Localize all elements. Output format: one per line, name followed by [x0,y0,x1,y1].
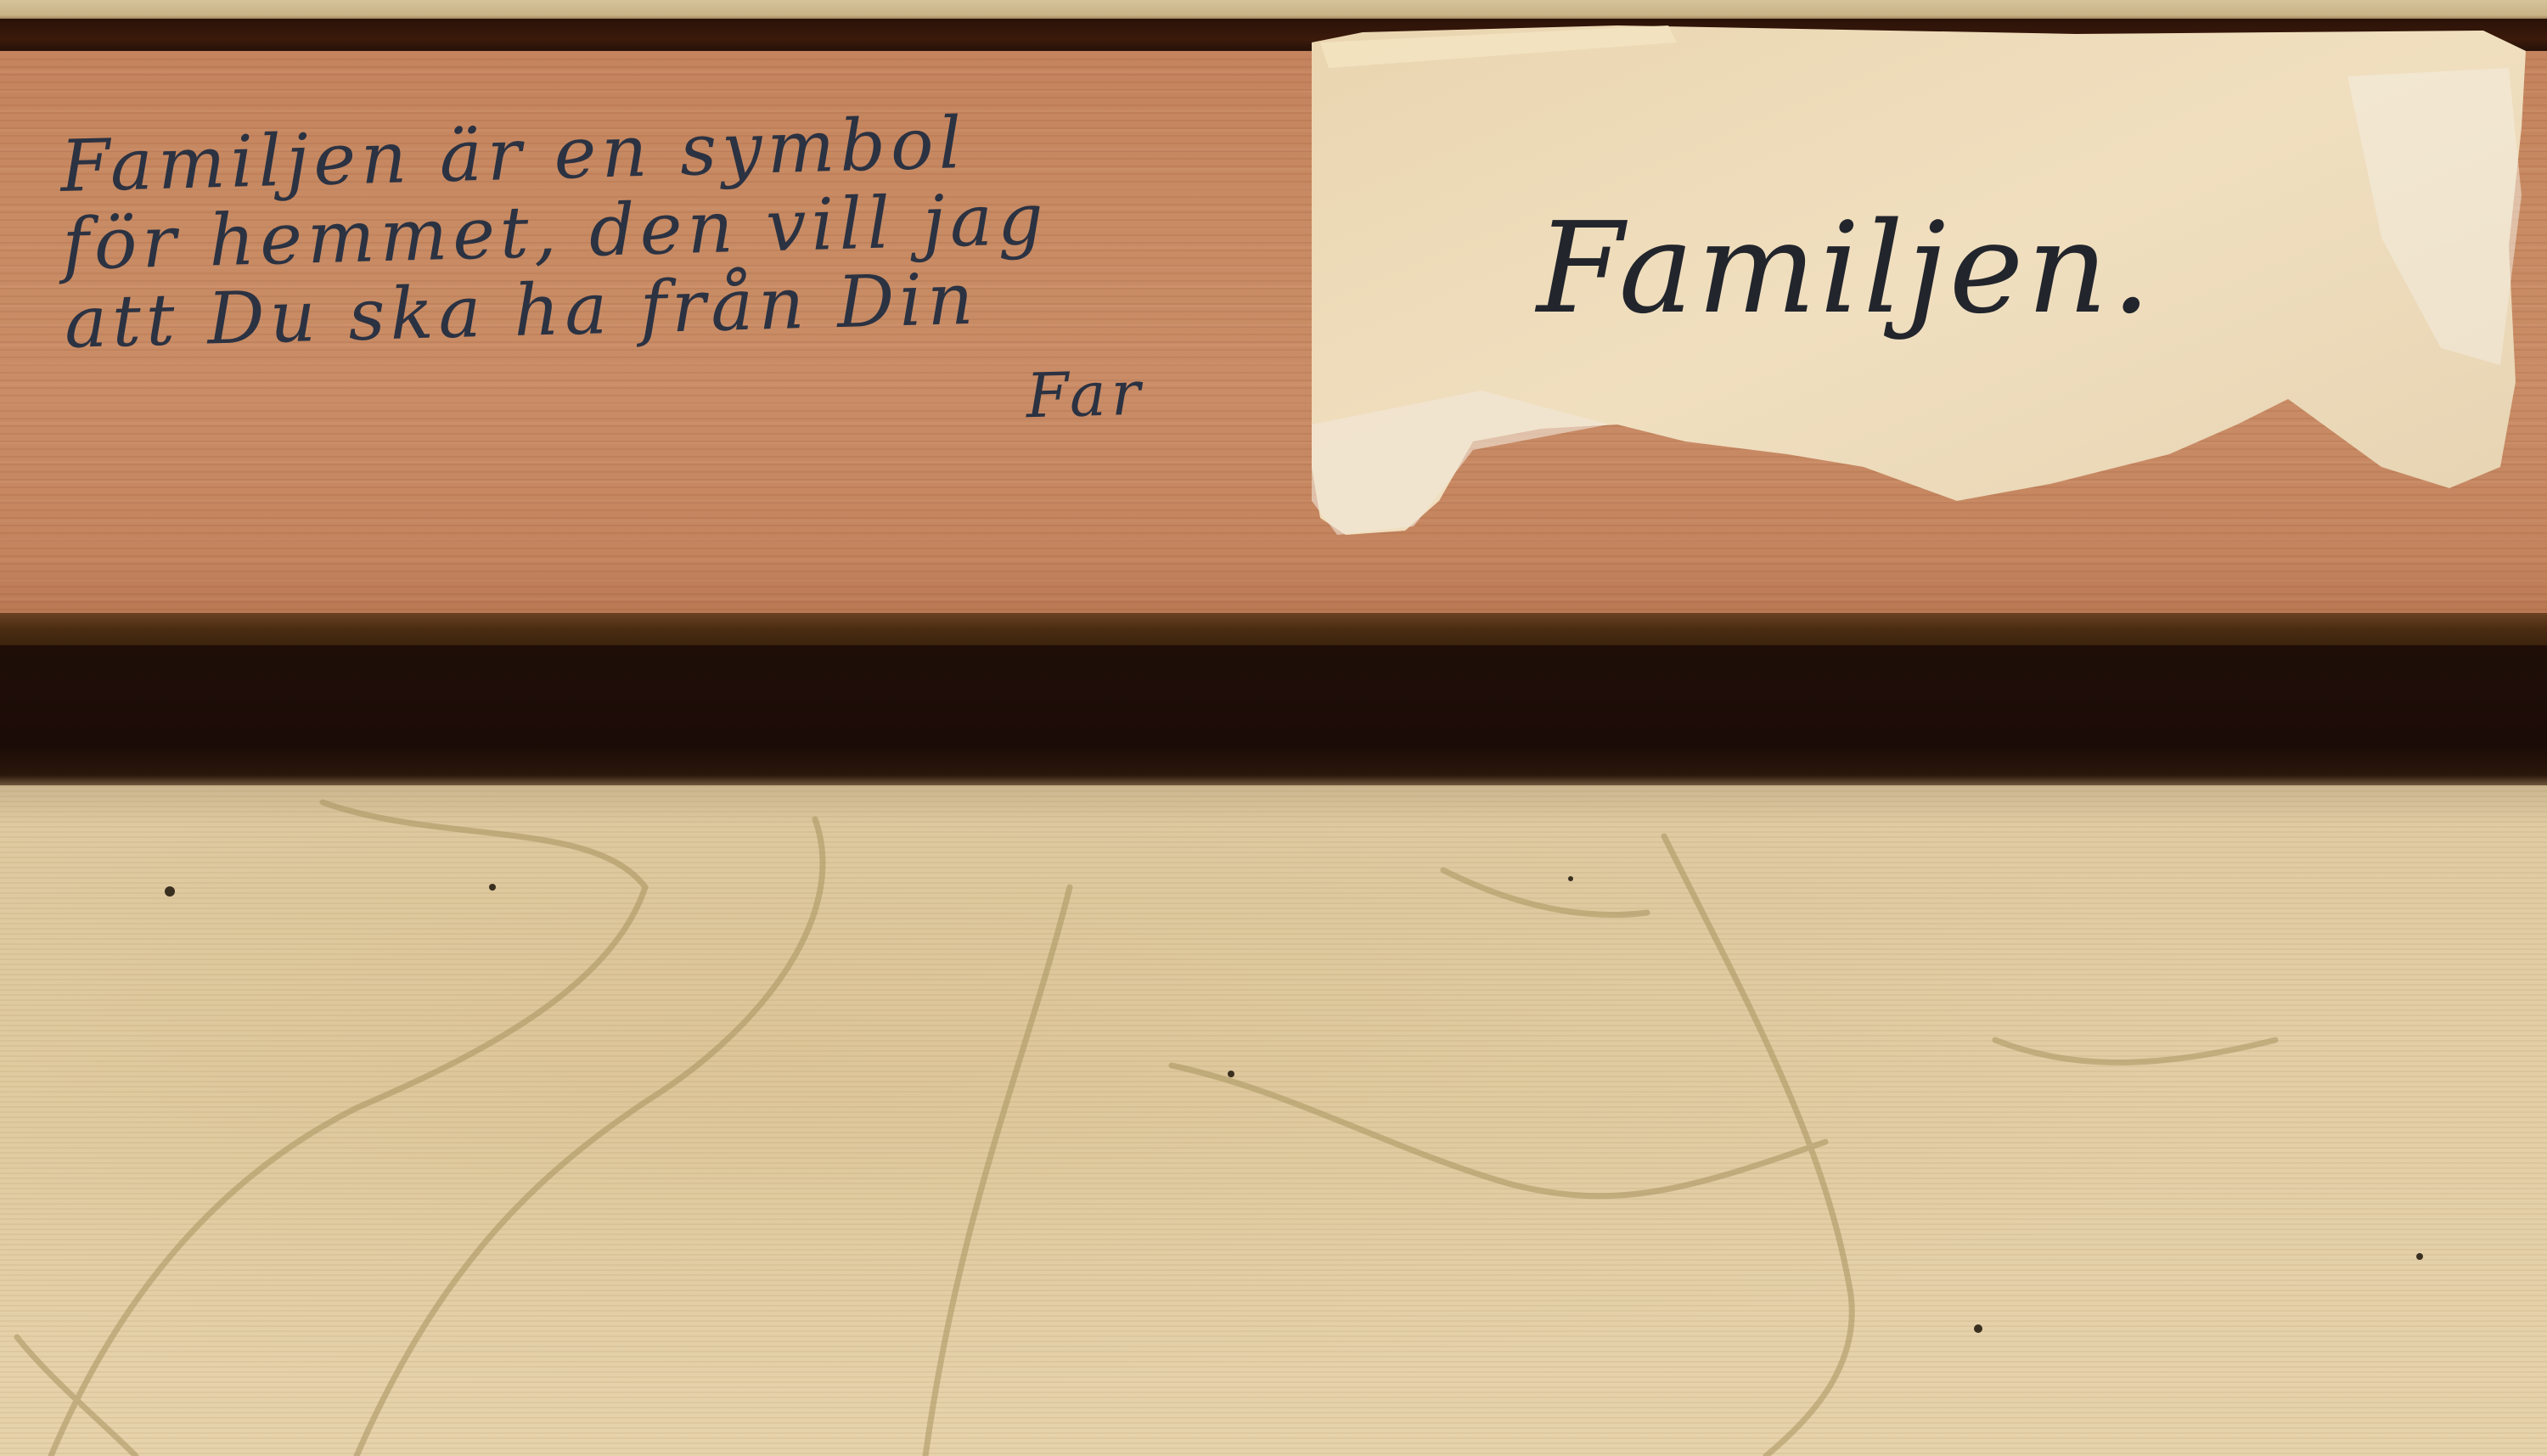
inscription-signature: Far [1025,354,1146,436]
shadow-gap [0,645,2547,790]
label-title: Familjen. [1537,195,2155,341]
handwritten-inscription: Familjen är en symbol för hemmet, den vi… [59,96,1273,450]
painting-back-photo: Familjen är en symbol för hemmet, den vi… [0,0,2547,1456]
canvas-stain-lines [0,785,2547,1456]
stretcher-bottom-edge [0,613,2547,649]
